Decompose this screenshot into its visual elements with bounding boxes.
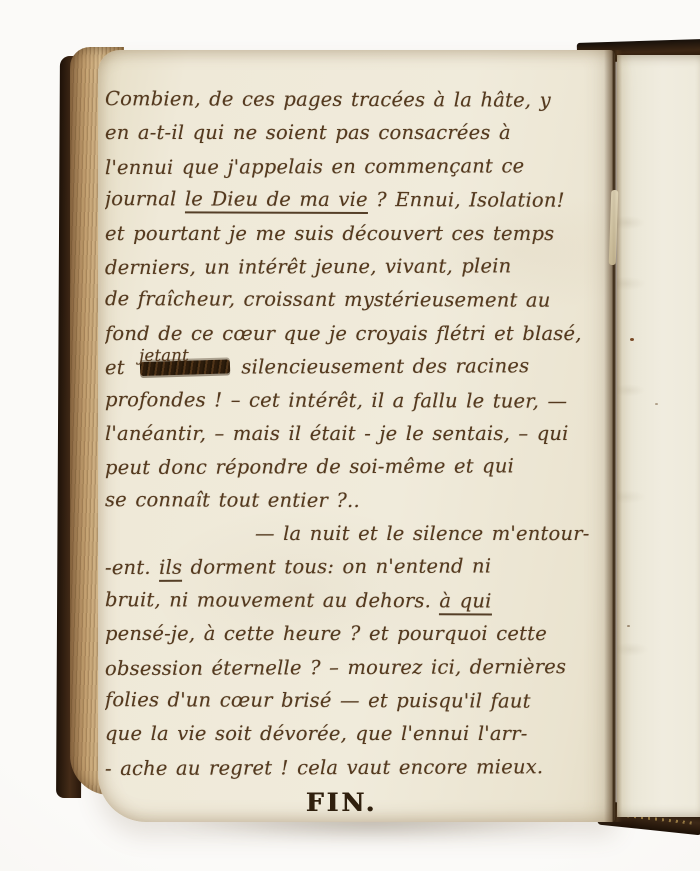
manuscript-line: profondes ! – cet intérêt, il a fallu le… [105,383,610,418]
handwriting-text: peut donc répondre de soi-même et qui [105,455,514,480]
handwriting-text: pensé-je, à cette heure ? et pourquoi ce… [105,622,547,645]
handwriting-text: - ache au regret ! cela vaut encore mieu… [105,755,543,780]
manuscript-line: folies d'un cœur brisé — et puisqu'il fa… [105,683,610,718]
handwritten-text: Combien, de ces pages tracées à la hâte,… [105,83,610,816]
handwriting-text: — la nuit et le silence m'entour- [255,522,590,545]
manuscript-line: que la vie soit dévorée, que l'ennui l'a… [105,717,610,750]
inserted-word-above: jetant [139,339,189,373]
handwriting-text: se connaît tout entier ?.. [105,488,360,512]
manuscript-page: Combien, de ces pages tracées à la hâte,… [98,50,615,822]
manuscript-line: l'ennui que j'appelais en commençant ce [105,149,610,185]
manuscript-line: peut donc répondre de soi-même et qui [105,449,610,485]
manuscript-line: l'anéantir, – mais il était - je le sent… [105,417,610,450]
book-gutter [604,50,622,822]
manuscript-line: journal le Dieu de ma vie ? Ennui, Isola… [105,182,610,217]
ink-speck [655,403,658,405]
handwriting-text: l'anéantir, – mais il était - je le sent… [105,422,569,445]
manuscript-line: obsession éternelle ? – mourez ici, dern… [105,650,610,686]
handwriting-text: l'ennui que j'appelais en commençant ce [105,154,524,179]
manuscript-line: -ent. ils dorment tous: on n'entend ni [105,549,610,585]
handwriting-text: silencieusement des racines [233,354,529,378]
handwriting-text: ? Ennui, Isolation! [368,188,565,212]
manuscript-line: se connaît tout entier ?.. [105,483,610,518]
handwriting-text: et [105,356,133,379]
ink-speck [630,338,634,341]
manuscript-line: en a-t-il qui ne soient pas consacrées à [105,116,610,149]
handwriting-text: folies d'un cœur brisé — et puisqu'il fa… [105,688,531,712]
handwriting-text: -ent. [105,556,159,579]
manuscript-line: et jetant silencieusement des racines [105,349,610,385]
manuscript-line: et pourtant je me suis découvert ces tem… [105,217,610,250]
handwriting-text: derniers, un intérêt jeune, vivant, plei… [105,254,511,279]
ink-speck [627,625,630,627]
handwriting-text: dorment tous: on n'entend ni [182,555,491,579]
underlined-text: à qui [439,589,491,615]
manuscript-line: derniers, un intérêt jeune, vivant, plei… [105,249,610,285]
handwriting-text: bruit, ni mouvement au dehors. [105,588,439,612]
handwriting-text: profondes ! – cet intérêt, il a fallu le… [105,388,567,413]
underlined-text: ils [159,556,182,582]
handwriting-text: et pourtant je me suis découvert ces tem… [105,222,554,245]
manuscript-line: Combien, de ces pages tracées à la hâte,… [105,83,610,117]
handwriting-text: journal [105,187,185,210]
handwriting-text: obsession éternelle ? – mourez ici, dern… [105,655,566,680]
gutter-paper-sliver [609,190,619,265]
handwriting-text: Combien, de ces pages tracées à la hâte,… [105,87,551,112]
facing-blank-page [617,55,700,817]
manuscript-line: — la nuit et le silence m'entour- [255,517,610,550]
handwriting-text: de fraîcheur, croissant mystérieusement … [105,287,551,312]
fin-label: FIN. [98,788,585,817]
manuscript-line: de fraîcheur, croissant mystérieusement … [105,282,610,317]
photo-background: Combien, de ces pages tracées à la hâte,… [0,0,700,871]
handwriting-text: que la vie soit dévorée, que l'ennui l'a… [105,722,528,745]
manuscript-line: bruit, ni mouvement au dehors. à qui [105,583,610,618]
handwriting-text: en a-t-il qui ne soient pas consacrées à [105,121,511,144]
underlined-text: le Dieu de ma vie [185,188,368,215]
manuscript-line: - ache au regret ! cela vaut encore mieu… [105,750,610,786]
manuscript-line: pensé-je, à cette heure ? et pourquoi ce… [105,617,610,650]
